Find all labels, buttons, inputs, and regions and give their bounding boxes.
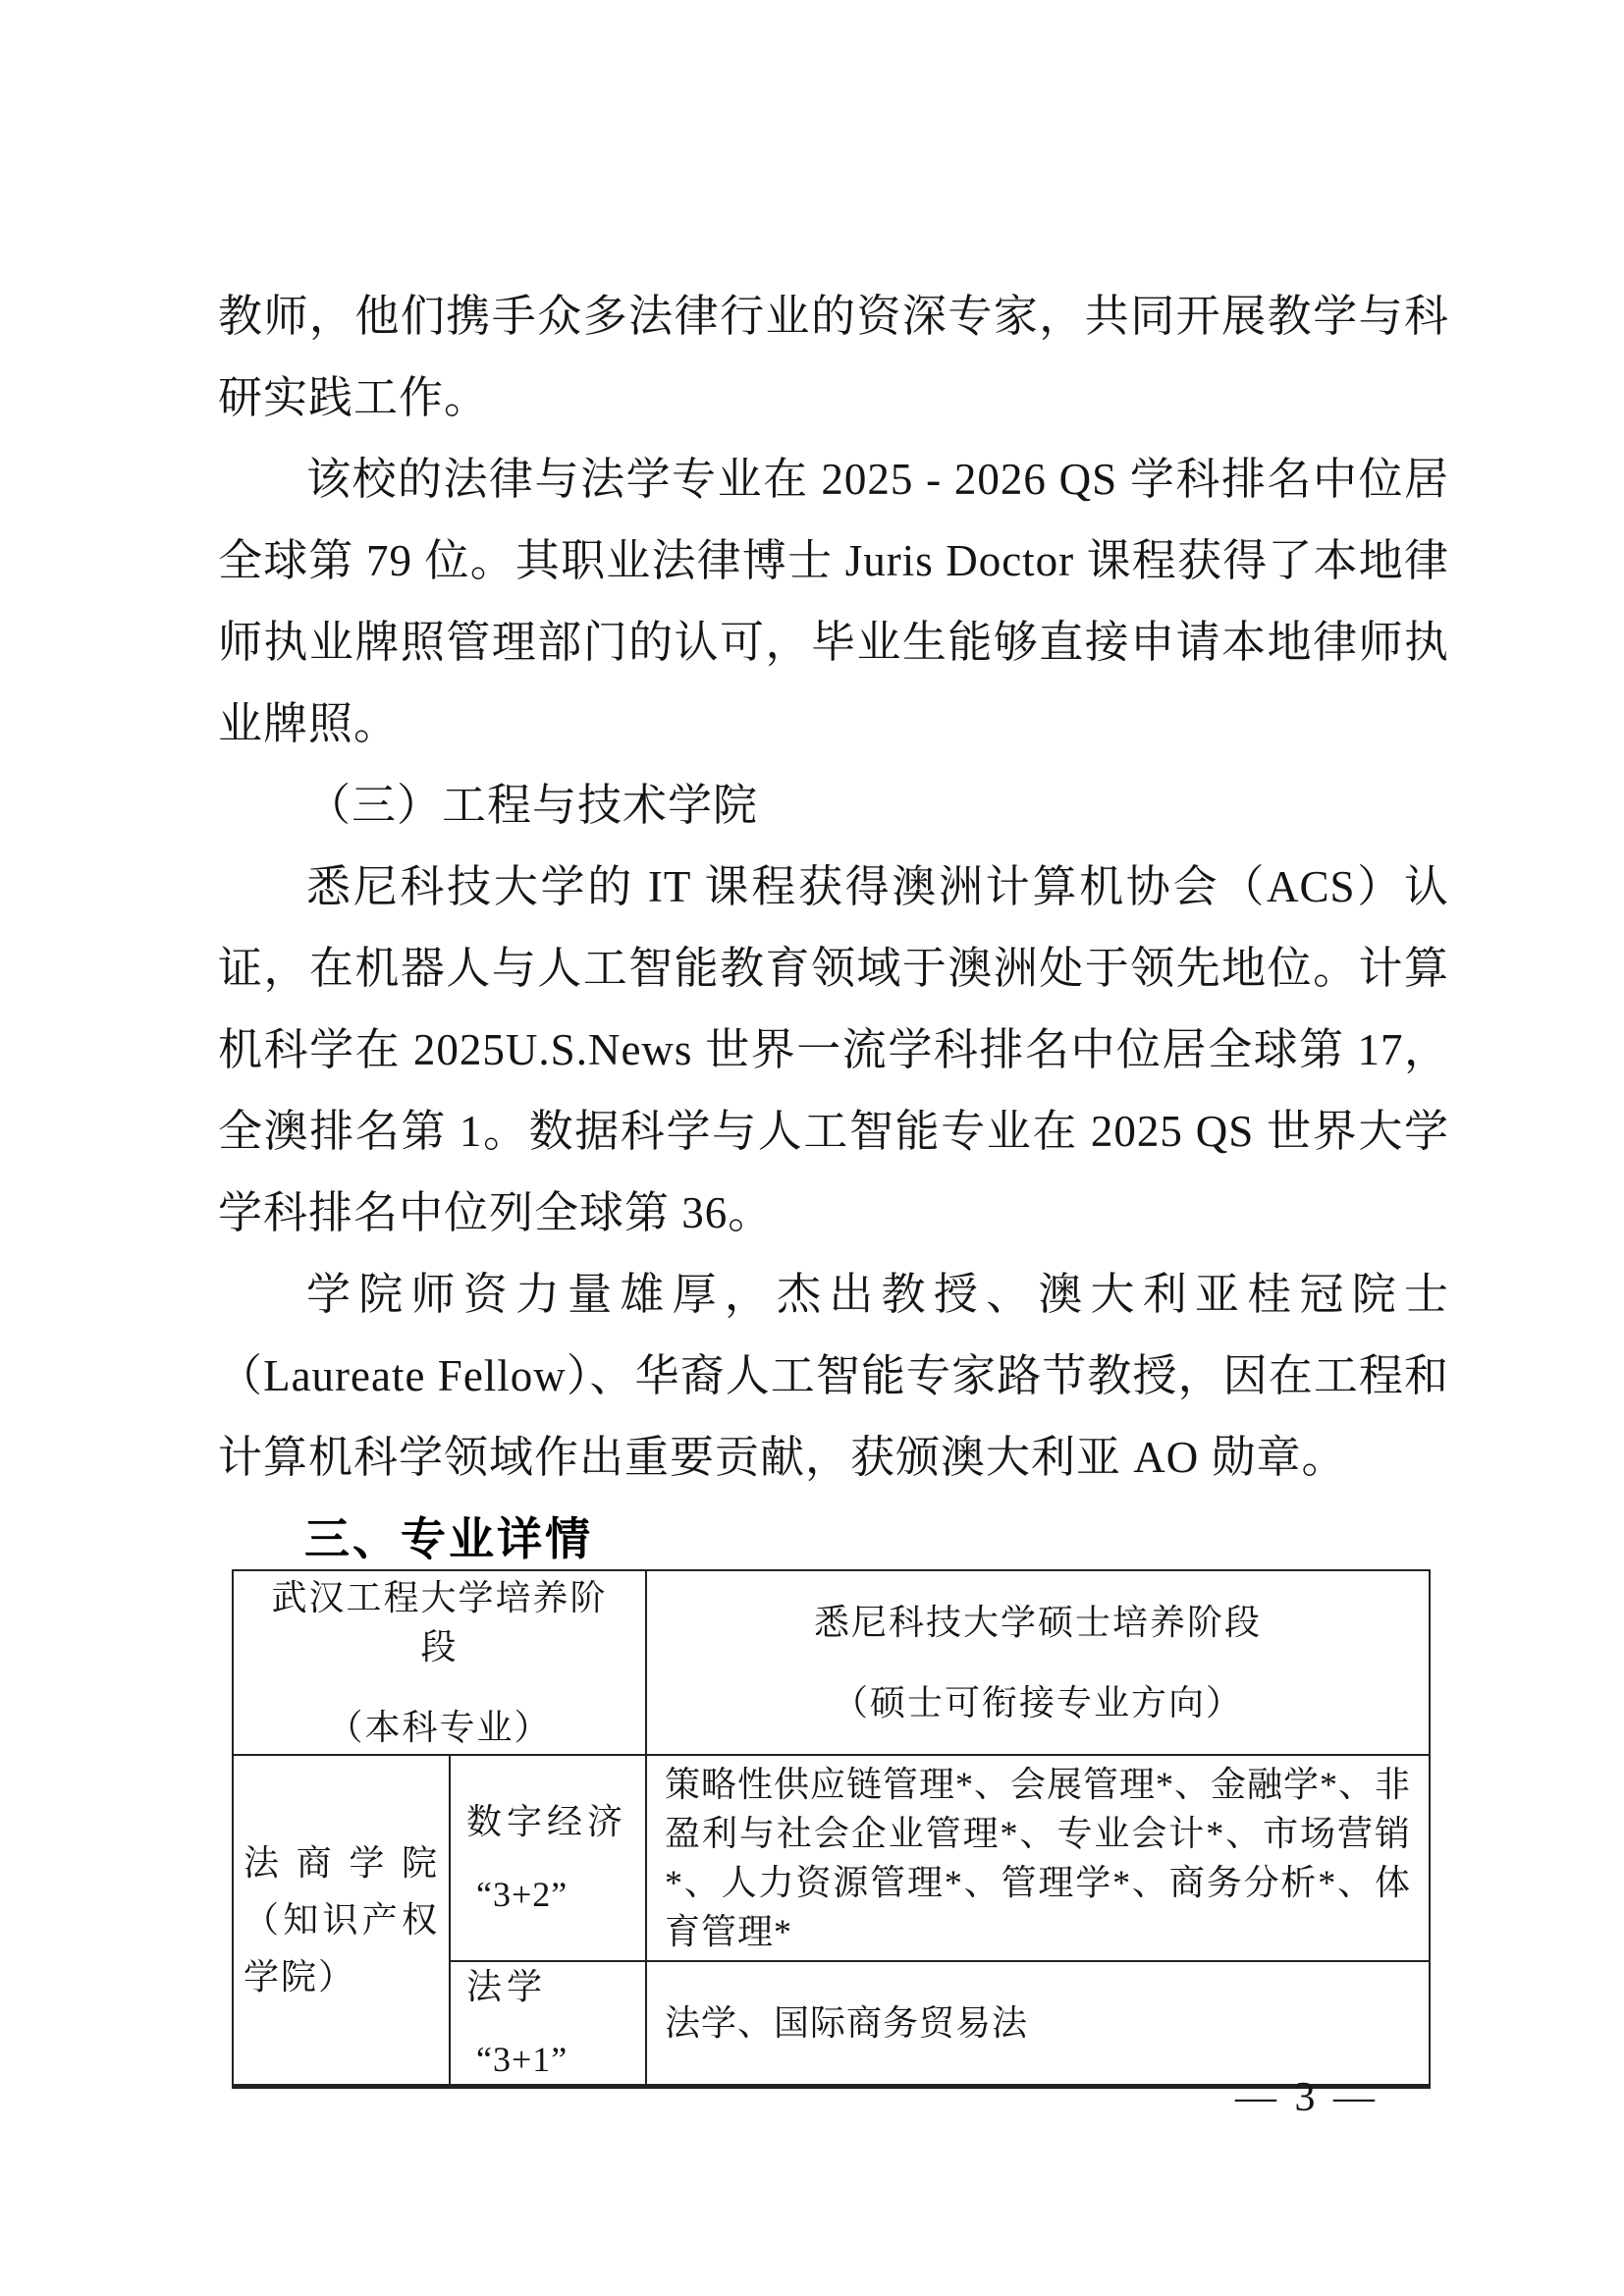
subsection-heading-engineering: （三）工程与技术学院 — [218, 765, 1449, 847]
table-header-row: 武汉工程大学培养阶段 （本科专业） 悉尼科技大学硕士培养阶段 （硕士可衔接专业方… — [233, 1570, 1430, 1755]
table-row-digital-economy: 法商学院（知识产权学院） 数字经济 “3+2” 策略性供应链管理*、会展管理*、… — [233, 1755, 1430, 1961]
page-number: — 3 — — [1235, 2074, 1379, 2121]
program-name: 数字经济 — [466, 1797, 639, 1846]
paragraph-faculty: 学院师资力量雄厚，杰出教授、澳大利亚桂冠院士（Laureate Fellow）、… — [218, 1254, 1449, 1499]
document-page: 教师，他们携手众多法律行业的资深专家，共同开展教学与科研实践工作。 该校的法律与… — [0, 0, 1624, 2296]
paragraph-it-ranking: 悉尼科技大学的 IT 课程获得澳洲计算机协会（ACS）认证，在机器人与人工智能教… — [218, 847, 1449, 1254]
header-cell-uts-stage: 悉尼科技大学硕士培养阶段 （硕士可衔接专业方向） — [646, 1570, 1430, 1755]
header-wuhan-stage-label: 武汉工程大学培养阶段 — [255, 1573, 623, 1671]
header-uts-sub-label: （硕士可衔接专业方向） — [669, 1678, 1407, 1727]
program-cell-law: 法学 “3+1” — [450, 1961, 646, 2087]
programs-table: 武汉工程大学培养阶段 （本科专业） 悉尼科技大学硕士培养阶段 （硕士可衔接专业方… — [232, 1569, 1431, 2089]
program-name: 法学 — [466, 1962, 639, 2011]
program-mode: “3+2” — [466, 1870, 639, 1919]
paragraph-law-ranking: 该校的法律与法学专业在 2025 - 2026 QS 学科排名中位居全球第 79… — [218, 439, 1449, 765]
header-cell-wuhan-stage: 武汉工程大学培养阶段 （本科专业） — [233, 1570, 646, 1755]
header-uts-stage-label: 悉尼科技大学硕士培养阶段 — [669, 1598, 1407, 1647]
paragraph-continuation: 教师，他们携手众多法律行业的资深专家，共同开展教学与科研实践工作。 — [218, 276, 1449, 439]
section-heading-major-details: 三、专业详情 — [304, 1503, 593, 1568]
program-mode: “3+1” — [466, 2035, 639, 2084]
document-body: 教师，他们携手众多法律行业的资深专家，共同开展教学与科研实践工作。 该校的法律与… — [218, 276, 1449, 1499]
masters-cell-digital-economy: 策略性供应链管理*、会展管理*、金融学*、非盈利与社会企业管理*、专业会计*、市… — [646, 1755, 1430, 1961]
masters-cell-law: 法学、国际商务贸易法 — [646, 1961, 1430, 2087]
college-cell: 法商学院（知识产权学院） — [233, 1755, 450, 2087]
header-wuhan-sub-label: （本科专业） — [255, 1703, 623, 1752]
program-cell-digital-economy: 数字经济 “3+2” — [450, 1755, 646, 1961]
